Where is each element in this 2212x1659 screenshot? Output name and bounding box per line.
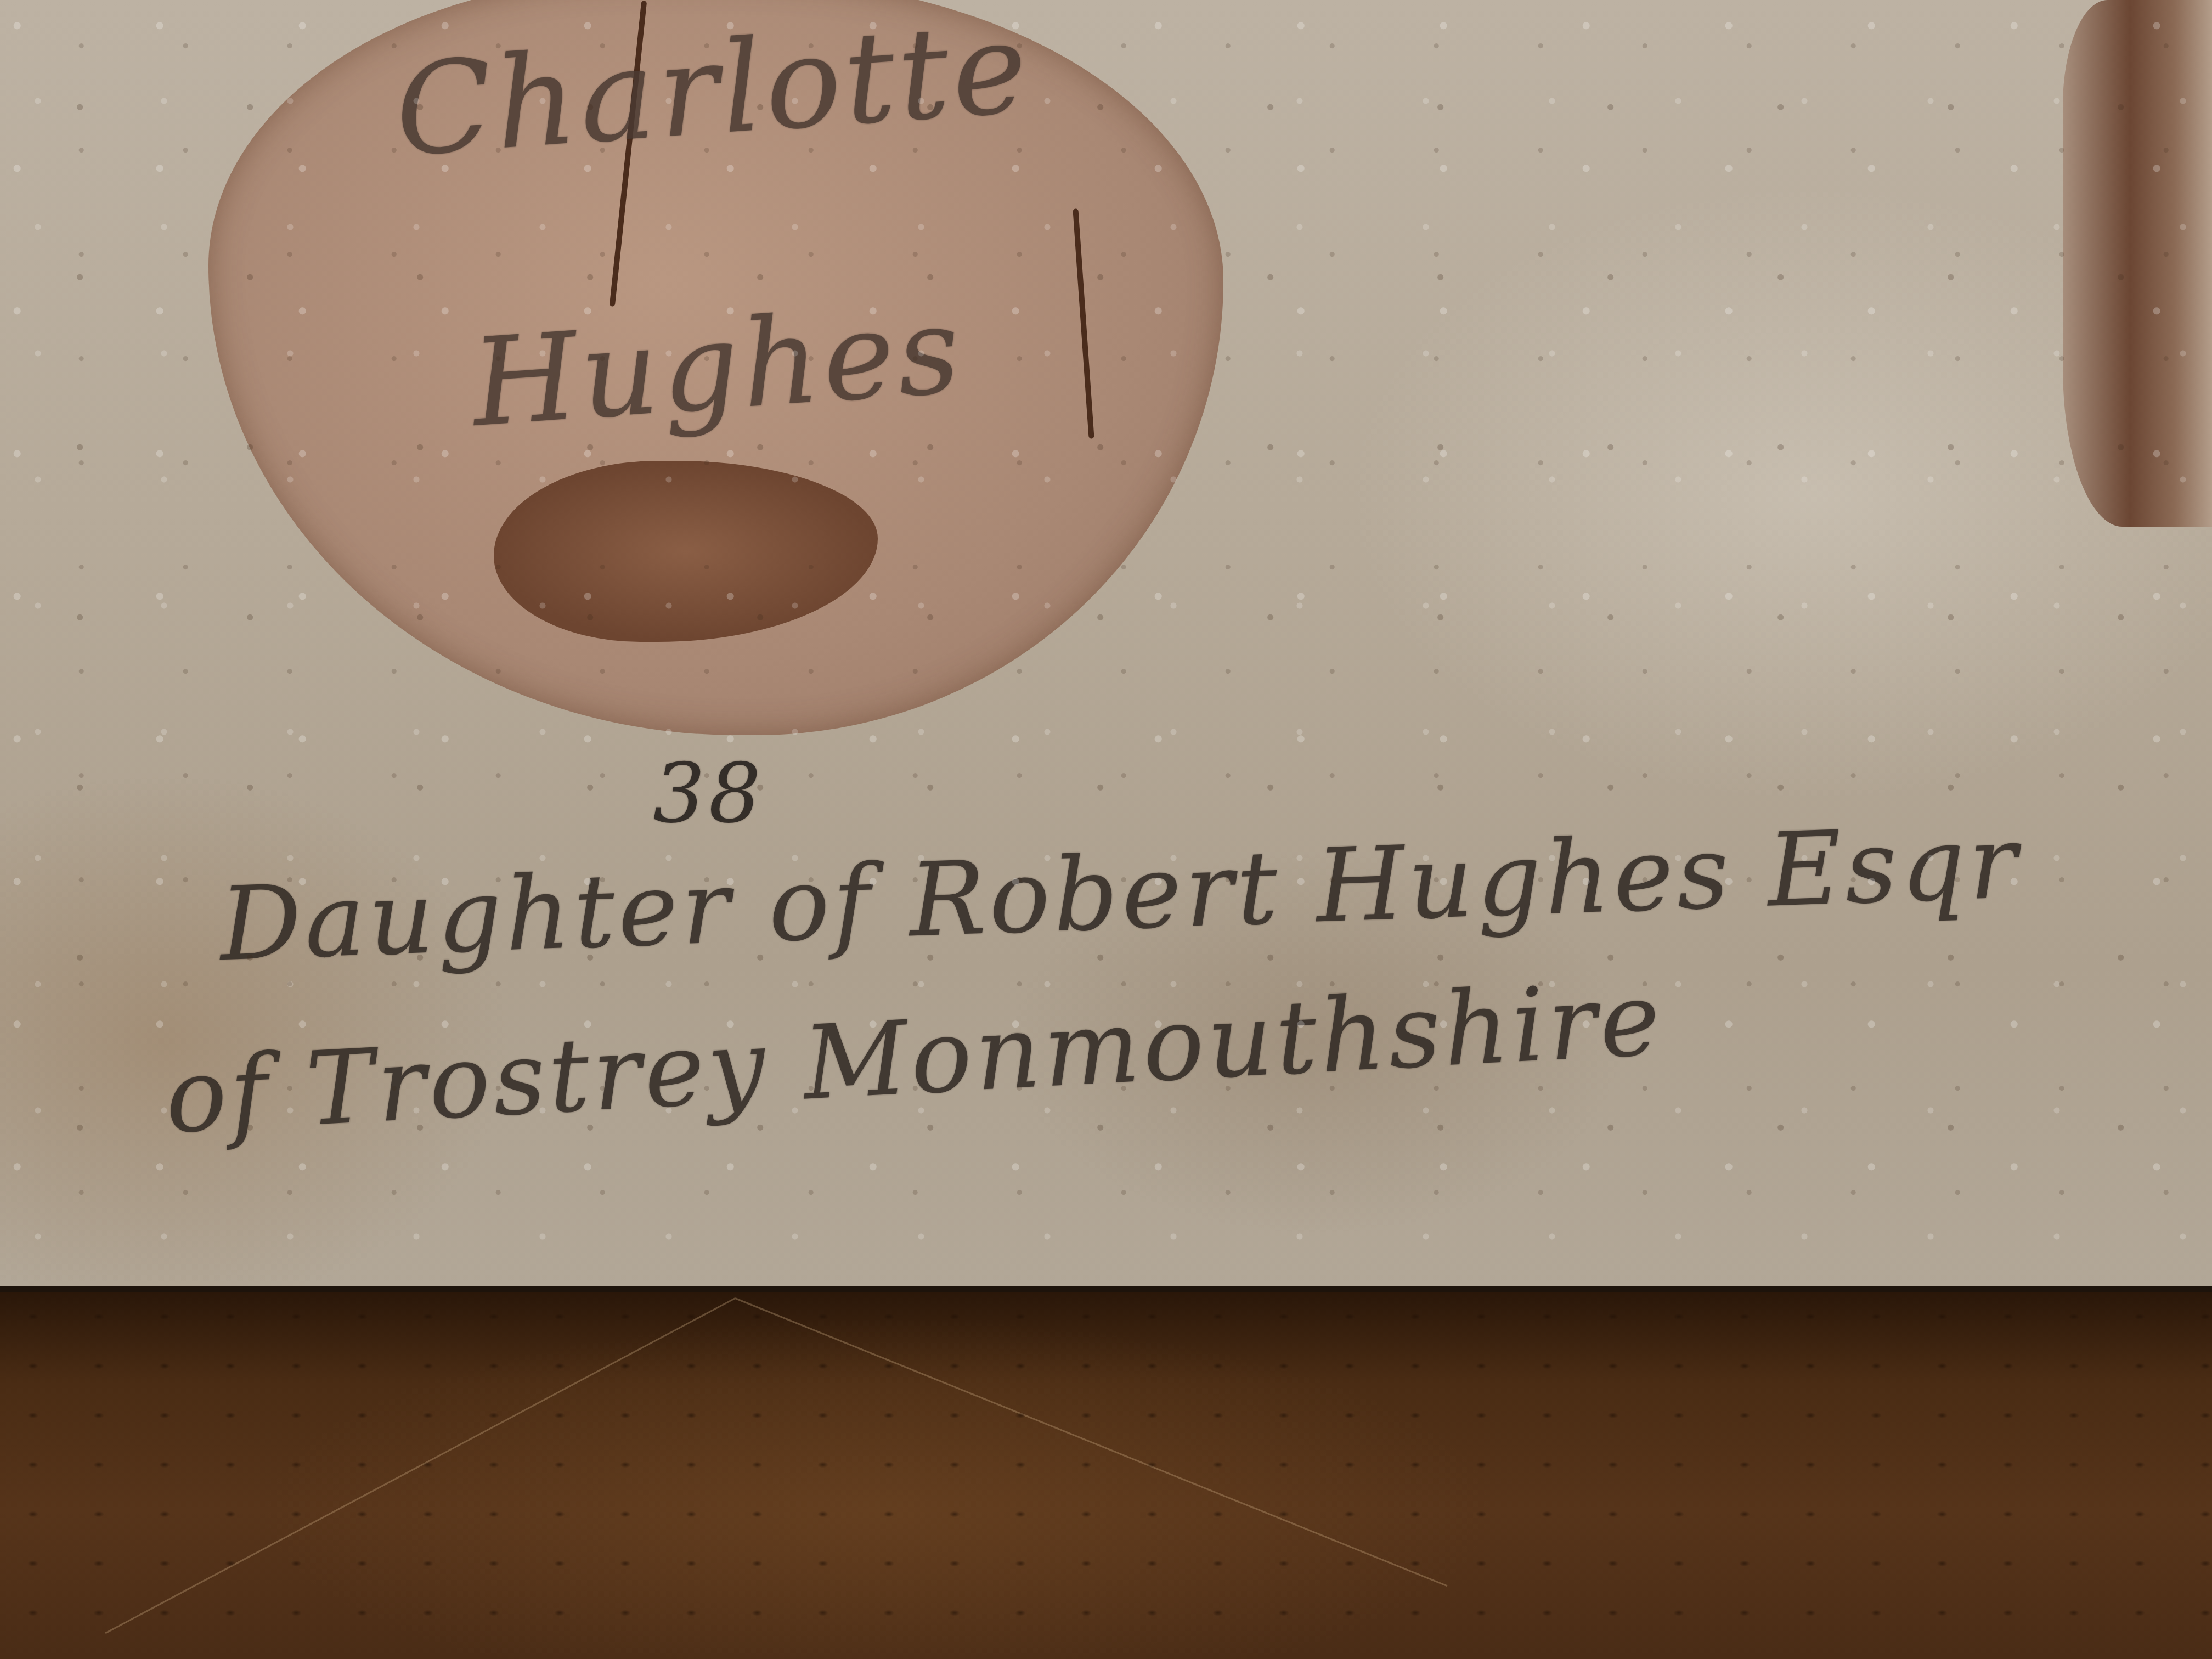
wood-scratch xyxy=(735,1297,1447,1587)
item-number: 38 xyxy=(653,746,764,842)
wood-scratch xyxy=(105,1297,735,1634)
inscription-line-2: of Trostrey Monmouthshire xyxy=(162,960,1666,1156)
inscription-line-1: Daughter of Robert Hughes Esqr xyxy=(218,803,2022,984)
torn-paper-edge xyxy=(2063,0,2212,527)
torn-hole xyxy=(494,461,878,642)
paper-crack xyxy=(610,1,647,307)
torn-paper-label xyxy=(208,0,1223,735)
paper-backing: Charlotte Hughes 38 Daughter of Robert H… xyxy=(0,0,2212,1292)
label-first-name: Charlotte xyxy=(391,0,1035,185)
wooden-surface xyxy=(0,1292,2212,1659)
paper-crack xyxy=(1073,208,1094,439)
label-last-name: Hughes xyxy=(467,279,967,454)
